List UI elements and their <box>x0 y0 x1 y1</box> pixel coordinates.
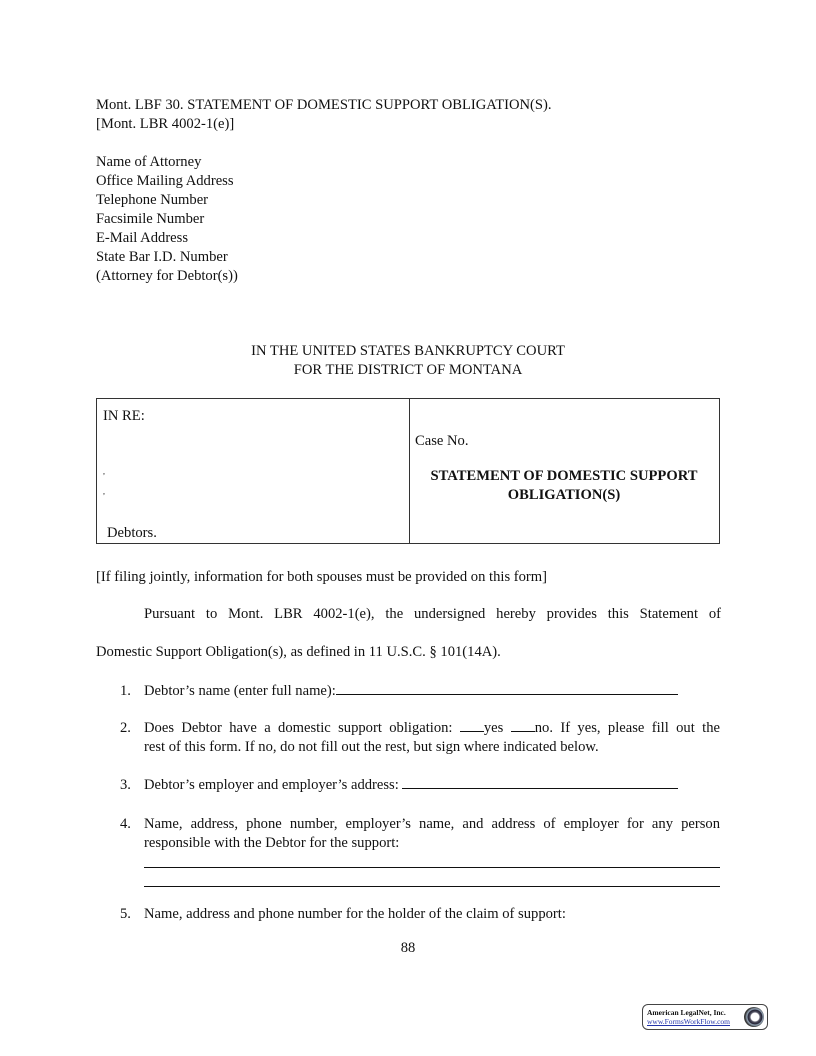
responsible-person-blank-2[interactable] <box>144 886 720 887</box>
debtor-name-field-1[interactable]: , <box>103 467 105 476</box>
caption-right-cell: Case No. STATEMENT OF DOMESTIC SUPPORT O… <box>409 399 719 543</box>
document-title-line-1: STATEMENT OF DOMESTIC SUPPORT <box>409 467 719 486</box>
pursuant-paragraph-line-2: Domestic Support Obligation(s), as defin… <box>96 643 501 662</box>
yes-label: yes <box>484 720 503 736</box>
form-title: Mont. LBF 30. STATEMENT OF DOMESTIC SUPP… <box>96 96 552 115</box>
yes-blank[interactable] <box>460 719 484 732</box>
item-text-continued: rest of this form. If no, do not fill ou… <box>144 738 720 757</box>
attorney-fax: Facsimile Number <box>96 210 238 229</box>
item-text: Name, address and phone number for the h… <box>144 906 566 922</box>
attorney-bar-id: State Bar I.D. Number <box>96 248 238 267</box>
case-number-label: Case No. <box>415 432 469 451</box>
attorney-telephone: Telephone Number <box>96 191 238 210</box>
item-number: 1. <box>120 682 131 701</box>
item-number: 2. <box>120 719 131 738</box>
no-blank[interactable] <box>511 719 535 732</box>
item-text-continued: responsible with the Debtor for the supp… <box>144 834 720 853</box>
pursuant-paragraph-line-1: Pursuant to Mont. LBR 4002-1(e), the und… <box>96 605 721 624</box>
document-title: STATEMENT OF DOMESTIC SUPPORT OBLIGATION… <box>409 467 719 505</box>
court-line-1: IN THE UNITED STATES BANKRUPTCY COURT <box>0 342 816 361</box>
globe-logo-icon <box>744 1007 764 1027</box>
page-number: 88 <box>0 939 816 958</box>
rule-reference: [Mont. LBR 4002-1(e)] <box>96 115 552 134</box>
debtor-name-field-2[interactable]: , <box>103 487 105 496</box>
debtor-name-blank[interactable] <box>336 682 678 695</box>
document-title-line-2: OBLIGATION(S) <box>409 486 719 505</box>
item-text: Debtor’s name (enter full name): <box>144 683 336 699</box>
badge-url-link[interactable]: www.FormsWorkFlow.com <box>647 1017 730 1026</box>
item-number: 3. <box>120 776 131 795</box>
badge-company: American LegalNet, Inc. <box>647 1008 726 1017</box>
attorney-block: Name of Attorney Office Mailing Address … <box>96 153 238 286</box>
in-re-label: IN RE: <box>103 407 145 426</box>
court-heading: IN THE UNITED STATES BANKRUPTCY COURT FO… <box>0 342 816 380</box>
attorney-address: Office Mailing Address <box>96 172 238 191</box>
joint-filing-note: [If filing jointly, information for both… <box>96 568 547 587</box>
attorney-email: E-Mail Address <box>96 229 238 248</box>
form-header: Mont. LBF 30. STATEMENT OF DOMESTIC SUPP… <box>96 96 552 134</box>
item-text: Debtor’s employer and employer’s address… <box>144 777 402 793</box>
publisher-badge[interactable]: American LegalNet, Inc. www.FormsWorkFlo… <box>642 1004 768 1030</box>
item-text: Name, address, phone number, employer’s … <box>144 815 720 834</box>
court-line-2: FOR THE DISTRICT OF MONTANA <box>0 361 816 380</box>
item-number: 4. <box>120 815 131 834</box>
item-number: 5. <box>120 905 131 924</box>
debtors-label: Debtors. <box>107 524 157 543</box>
attorney-role: (Attorney for Debtor(s)) <box>96 267 238 286</box>
responsible-person-blank-1[interactable] <box>144 867 720 868</box>
case-caption: IN RE: , , Debtors. Case No. STATEMENT O… <box>96 398 720 544</box>
attorney-name: Name of Attorney <box>96 153 238 172</box>
employer-blank[interactable] <box>402 776 678 789</box>
item-text: Does Debtor have a domestic support obli… <box>144 720 460 736</box>
no-label: no. If yes, please fill out the <box>535 720 720 736</box>
